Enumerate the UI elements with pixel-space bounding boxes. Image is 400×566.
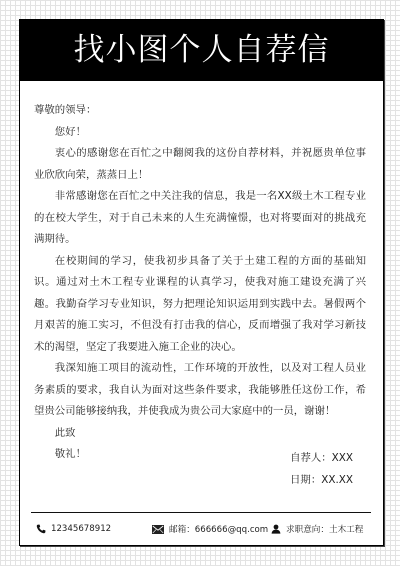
paragraph-4: 我深知施工项目的流动性，工作环境的开放性，以及对工程人员业务素质的要求，我自认为…: [34, 358, 366, 423]
phone-icon: [36, 524, 46, 534]
contact-phone: 12345678912: [36, 521, 111, 537]
greeting: 您好！: [34, 122, 366, 144]
contact-email: 邮箱：666666@qq.com: [152, 521, 268, 537]
job-intention-text: 求职意向：土木工程: [286, 523, 363, 535]
letter-card: 找小图个人自荐信 尊敬的领导： 您好！ 衷心的感谢您在百忙之中翻阅我的这份自荐材…: [19, 19, 384, 546]
phone-number: 12345678912: [51, 524, 111, 534]
salutation: 尊敬的领导：: [34, 100, 366, 122]
mail-icon: [152, 525, 164, 534]
header-banner: 找小图个人自荐信: [20, 20, 383, 81]
page-title: 找小图个人自荐信: [74, 35, 330, 66]
contact-job-intention: 求职意向：土木工程: [271, 521, 363, 537]
letter-body: 尊敬的领导： 您好！ 衷心的感谢您在百忙之中翻阅我的这份自荐材料，并祝愿贵单位事…: [34, 100, 366, 466]
signature-block: 自荐人：XXX 日期：XX.XX: [290, 448, 353, 491]
paragraph-2: 非常感谢您在百忙之中关注我的信息，我是一名XX级土木工程专业的在校大学生，对于自…: [34, 186, 366, 251]
paragraph-3: 在校期间的学习，使我初步具备了关于土建工程的方面的基础知识。通过对土木工程专业课…: [34, 251, 366, 359]
paragraph-1: 衷心的感谢您在百忙之中翻阅我的这份自荐材料，并祝愿贵单位事业欣欣向荣，蒸蒸日上！: [34, 143, 366, 186]
date-label: 日期：XX.XX: [290, 470, 353, 492]
email-text: 邮箱：666666@qq.com: [169, 523, 268, 535]
author-label: 自荐人：XXX: [290, 448, 353, 470]
footer-divider: [31, 512, 371, 513]
closing-line-1: 此致: [34, 423, 366, 445]
user-icon: [271, 524, 281, 534]
contact-footer: 12345678912 邮箱：666666@qq.com 求职意向：土木工程: [33, 521, 373, 537]
